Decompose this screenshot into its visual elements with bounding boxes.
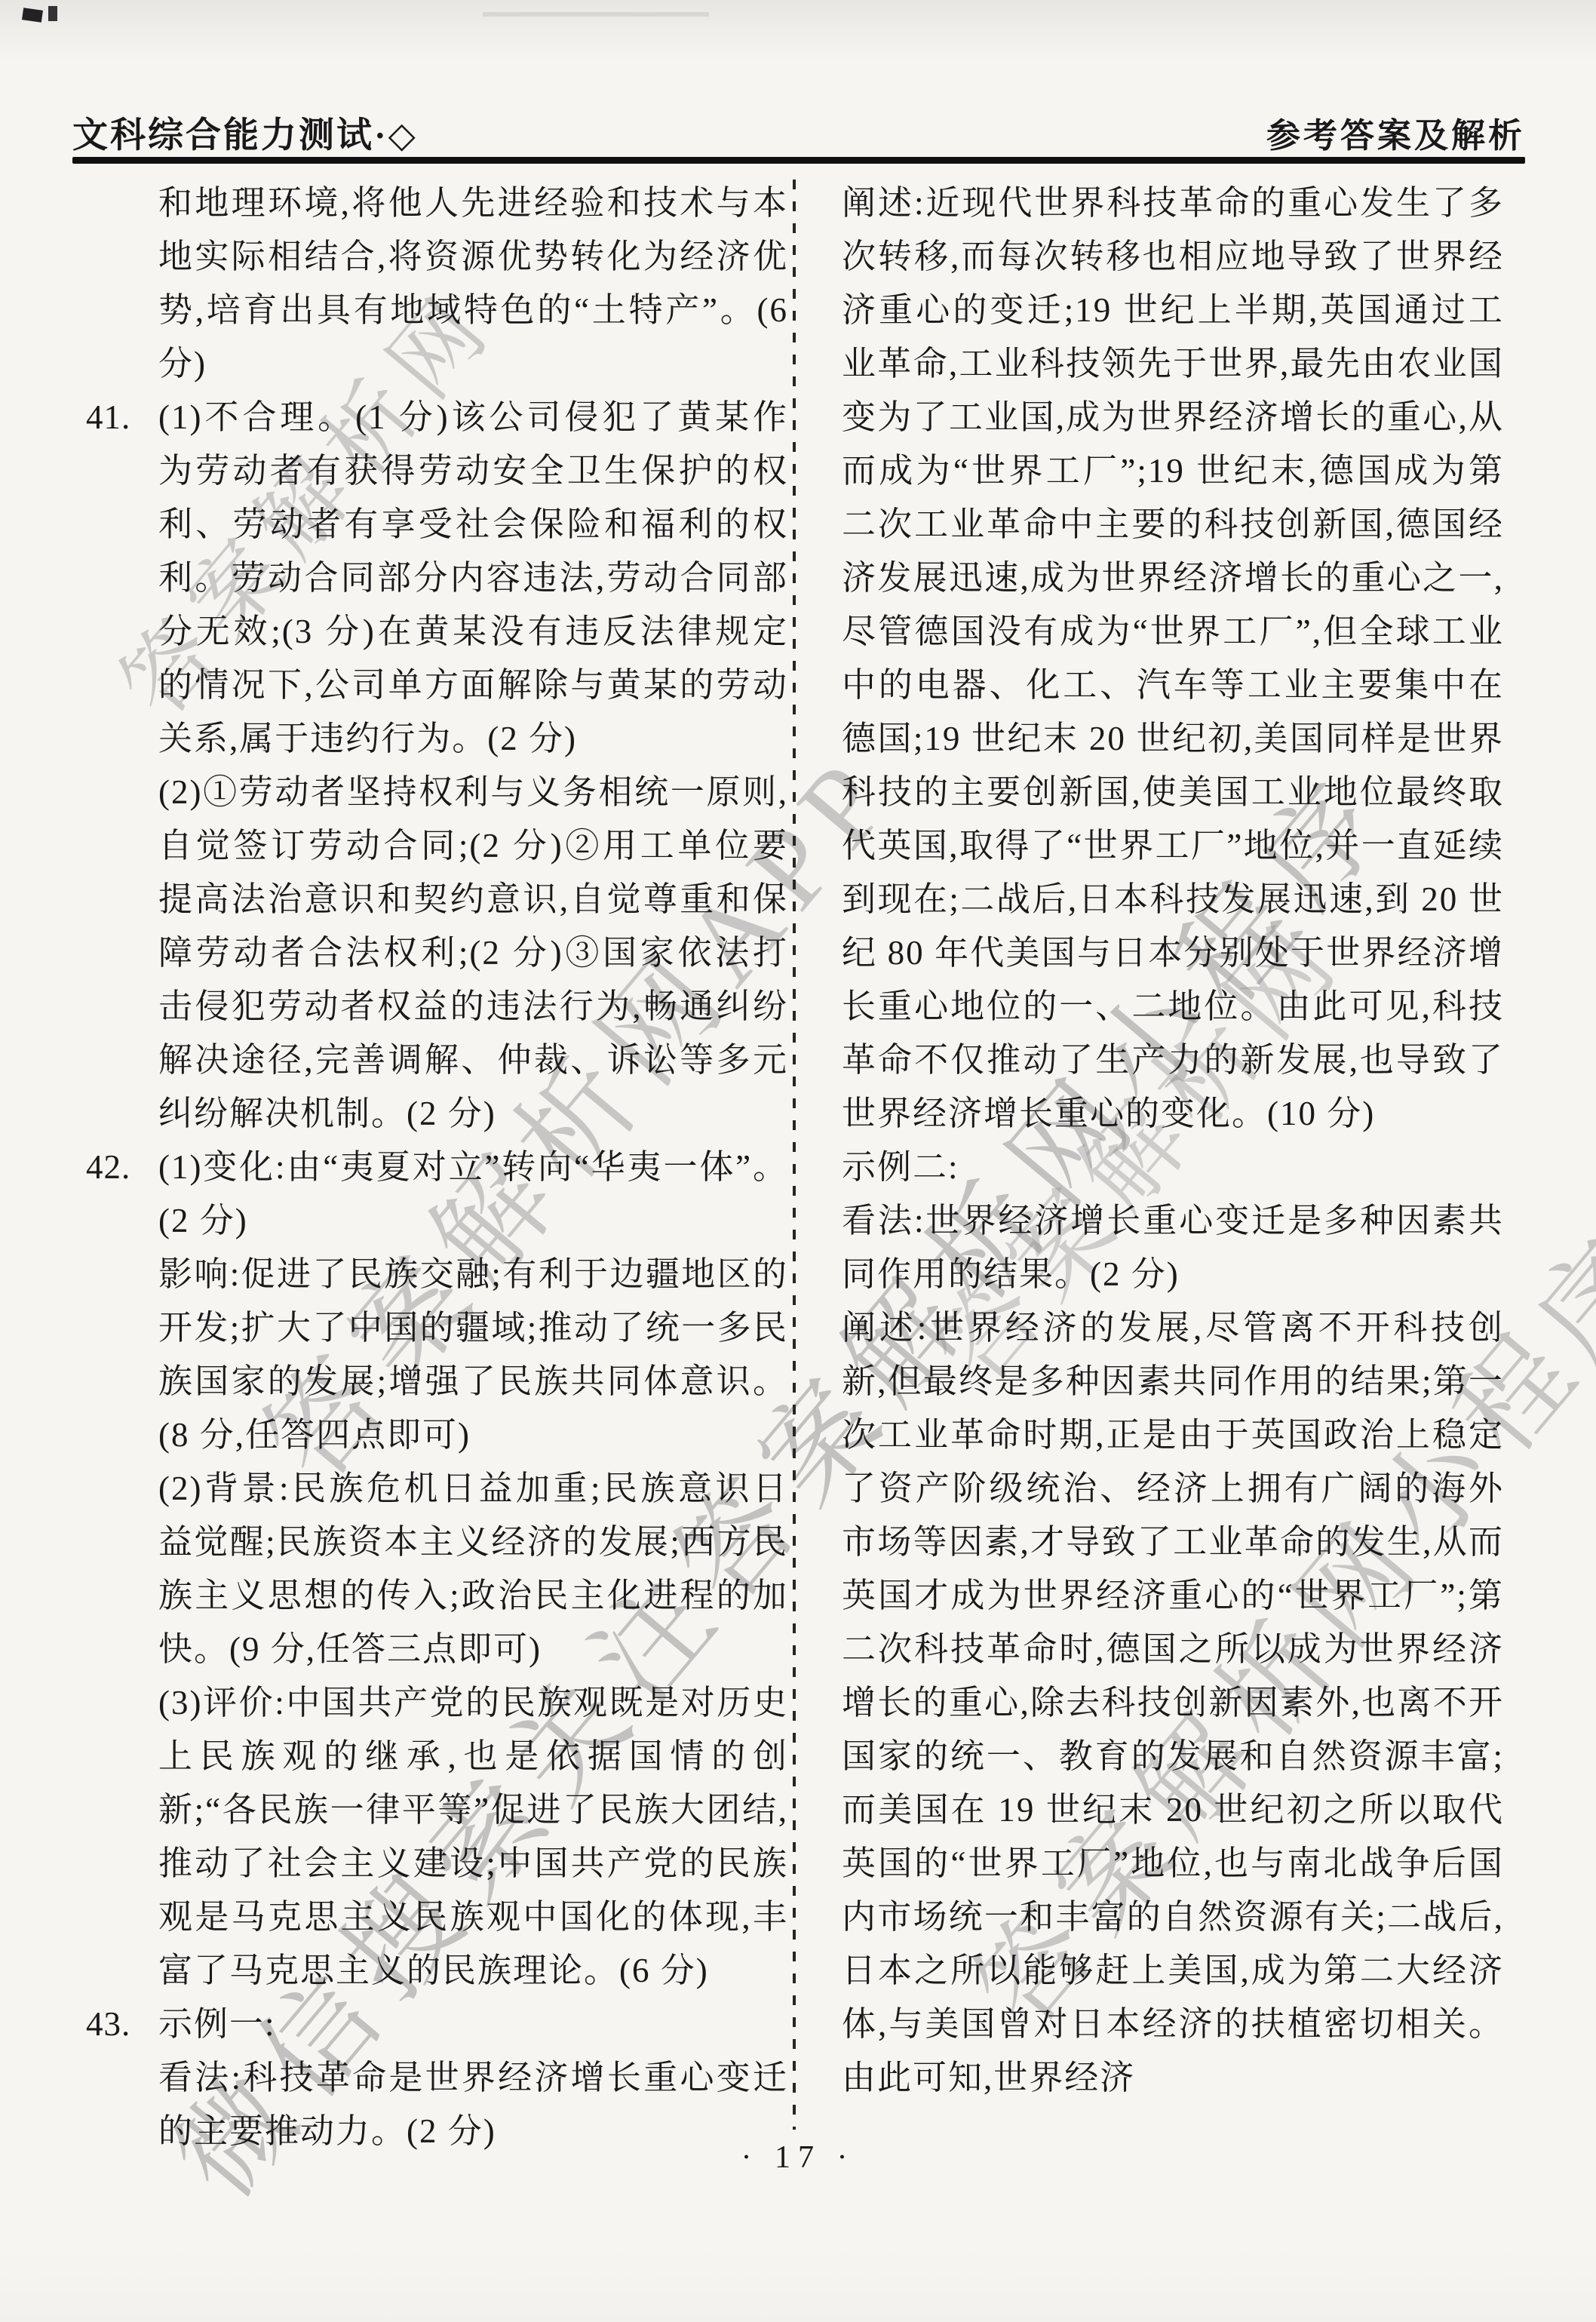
answer-text: (2)①劳动者坚持权利与义务相统一原则,自觉签订劳动合同;(2 分)②用工单位要… xyxy=(158,773,788,1132)
scan-speck xyxy=(48,6,57,21)
scan-speck xyxy=(483,12,709,17)
answer-paragraph: 看法:科技革命是世界经济增长重心变迁的主要推动力。(2 分) xyxy=(158,2051,788,2158)
right-text-column: 阐述:近现代世界科技革命的重心发生了多次转移,而每次转移也相应地导致了世界经济重… xyxy=(842,177,1504,2105)
answer-text: 示例一: xyxy=(158,2005,276,2043)
answer-paragraph: (3)评价:中国共产党的民族观既是对历史上民族观的继承,也是依据国情的创新;“各… xyxy=(158,1676,788,1998)
answer-text: (3)评价:中国共产党的民族观既是对历史上民族观的继承,也是依据国情的创新;“各… xyxy=(158,1684,788,1989)
answer-text: (1)变化:由“夷夏对立”转向“华夷一体”。(2 分) xyxy=(158,1148,788,1239)
answer-paragraph: (2)①劳动者坚持权利与义务相统一原则,自觉签订劳动合同;(2 分)②用工单位要… xyxy=(158,766,788,1141)
exam-title: 文科综合能力测试·◇ xyxy=(72,107,418,158)
answer-paragraph: 示例二: xyxy=(842,1141,1504,1194)
answer-key-title: 参考答案及解析 xyxy=(1266,108,1525,157)
scanned-answer-page: 答案解析网答案解析网APP微信搜索关注答案解析网小程序答案解析网答案解析网小程序… xyxy=(0,0,1596,2322)
answer-paragraph: 阐述:近现代世界科技革命的重心发生了多次转移,而每次转移也相应地导致了世界经济重… xyxy=(842,177,1504,1141)
answer-text: 影响:促进了民族交融;有利于边疆地区的开发;扩大了中国的疆域;推动了统一多民族国… xyxy=(158,1255,788,1454)
answer-text: (2)背景:民族危机日益加重;民族意识日益觉醒;民族资本主义经济的发展;西方民族… xyxy=(158,1470,788,1668)
item-number: 41. xyxy=(86,391,155,444)
answer-paragraph: 影响:促进了民族交融;有利于边疆地区的开发;扩大了中国的疆域;推动了统一多民族国… xyxy=(158,1248,788,1462)
item-number: 43. xyxy=(86,1998,155,2051)
answer-text: 和地理环境,将他人先进经验和技术与本地实际相结合,将资源优势转化为经济优势,培育… xyxy=(158,184,788,382)
answer-text: 看法:科技革命是世界经济增长重心变迁的主要推动力。(2 分) xyxy=(158,2059,788,2150)
answer-paragraph: 阐述:世界经济的发展,尽管离不开科技创新,但最终是多种因素共同作用的结果;第一次… xyxy=(842,1301,1504,2105)
answer-text: 看法:世界经济增长重心变迁是多种因素共同作用的结果。(2 分) xyxy=(842,1202,1504,1293)
answer-paragraph: (2)背景:民族危机日益加重;民族意识日益觉醒;民族资本主义经济的发展;西方民族… xyxy=(158,1462,788,1676)
page-number: · 17 · xyxy=(719,2139,877,2176)
scan-speck xyxy=(22,8,43,22)
answer-text: 阐述:世界经济的发展,尽管离不开科技创新,但最终是多种因素共同作用的结果;第一次… xyxy=(842,1309,1504,2096)
answer-paragraph: 42.(1)变化:由“夷夏对立”转向“华夷一体”。(2 分) xyxy=(158,1141,788,1248)
answer-text: (1)不合理。(1 分)该公司侵犯了黄某作为劳动者有获得劳动安全卫生保护的权利、… xyxy=(158,398,788,757)
left-text-column: 和地理环境,将他人先进经验和技术与本地实际相结合,将资源优势转化为经济优势,培育… xyxy=(158,177,788,2158)
page-header: 文科综合能力测试·◇ 参考答案及解析 xyxy=(72,107,1525,158)
answer-text: 示例二: xyxy=(842,1148,959,1186)
header-rule xyxy=(72,157,1525,164)
answer-paragraph: 41.(1)不合理。(1 分)该公司侵犯了黄某作为劳动者有获得劳动安全卫生保护的… xyxy=(158,391,788,766)
answer-paragraph: 看法:世界经济增长重心变迁是多种因素共同作用的结果。(2 分) xyxy=(842,1194,1504,1301)
column-divider-dashed xyxy=(793,180,796,2130)
item-number: 42. xyxy=(86,1141,155,1194)
answer-paragraph: 43.示例一: xyxy=(158,1998,788,2051)
answer-paragraph: 和地理环境,将他人先进经验和技术与本地实际相结合,将资源优势转化为经济优势,培育… xyxy=(158,177,788,391)
answer-text: 阐述:近现代世界科技革命的重心发生了多次转移,而每次转移也相应地导致了世界经济重… xyxy=(842,184,1504,1132)
